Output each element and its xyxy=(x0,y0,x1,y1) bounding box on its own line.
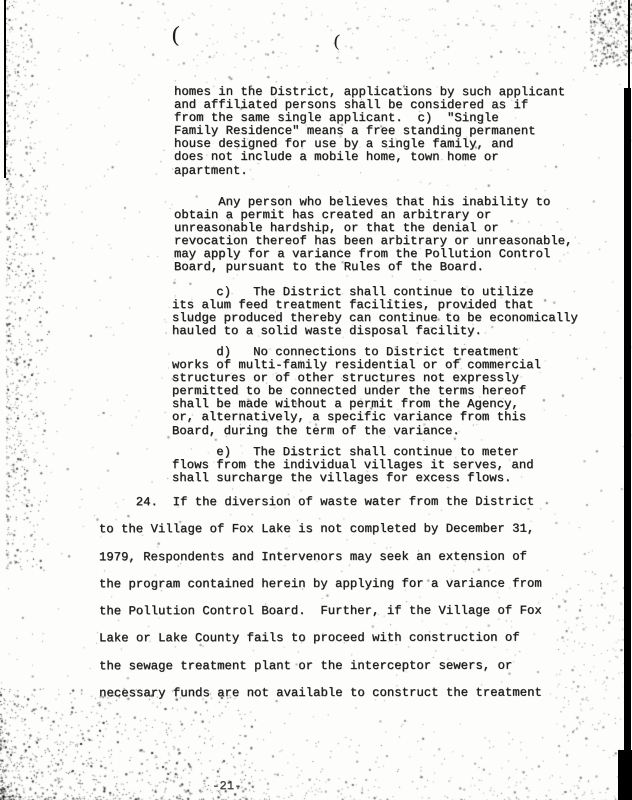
paragraph-item-c-alum-feed: c) The District shall continue to utiliz… xyxy=(172,286,578,338)
stray-paren-mark-left: ( xyxy=(172,21,180,47)
paragraph-single-family-residence-definition: homes in the District, applications by s… xyxy=(174,86,565,178)
scan-artifact-left-edge-line xyxy=(4,0,6,178)
paragraph-item-d-no-connections: d) No connections to District treatment … xyxy=(172,346,541,438)
paragraph-item-e-meter-flows: e) The District shall continue to meter … xyxy=(172,446,534,485)
stray-paren-mark-right: ( xyxy=(333,31,340,51)
page-number: -21- xyxy=(212,779,242,793)
scan-artifact-right-edge-bar xyxy=(624,88,631,800)
scan-artifact-right-edge-bar-bottom xyxy=(618,750,632,800)
paragraph-variance-hardship-clause: Any person who believes that his inabili… xyxy=(174,196,572,275)
paragraph-24-diversion-clause: 24. If the diversion of waste water from… xyxy=(99,489,542,708)
scanned-document-page: ( ( homes in the District, applications … xyxy=(0,0,632,800)
scan-artifact-right-edge-line-top xyxy=(628,0,630,92)
